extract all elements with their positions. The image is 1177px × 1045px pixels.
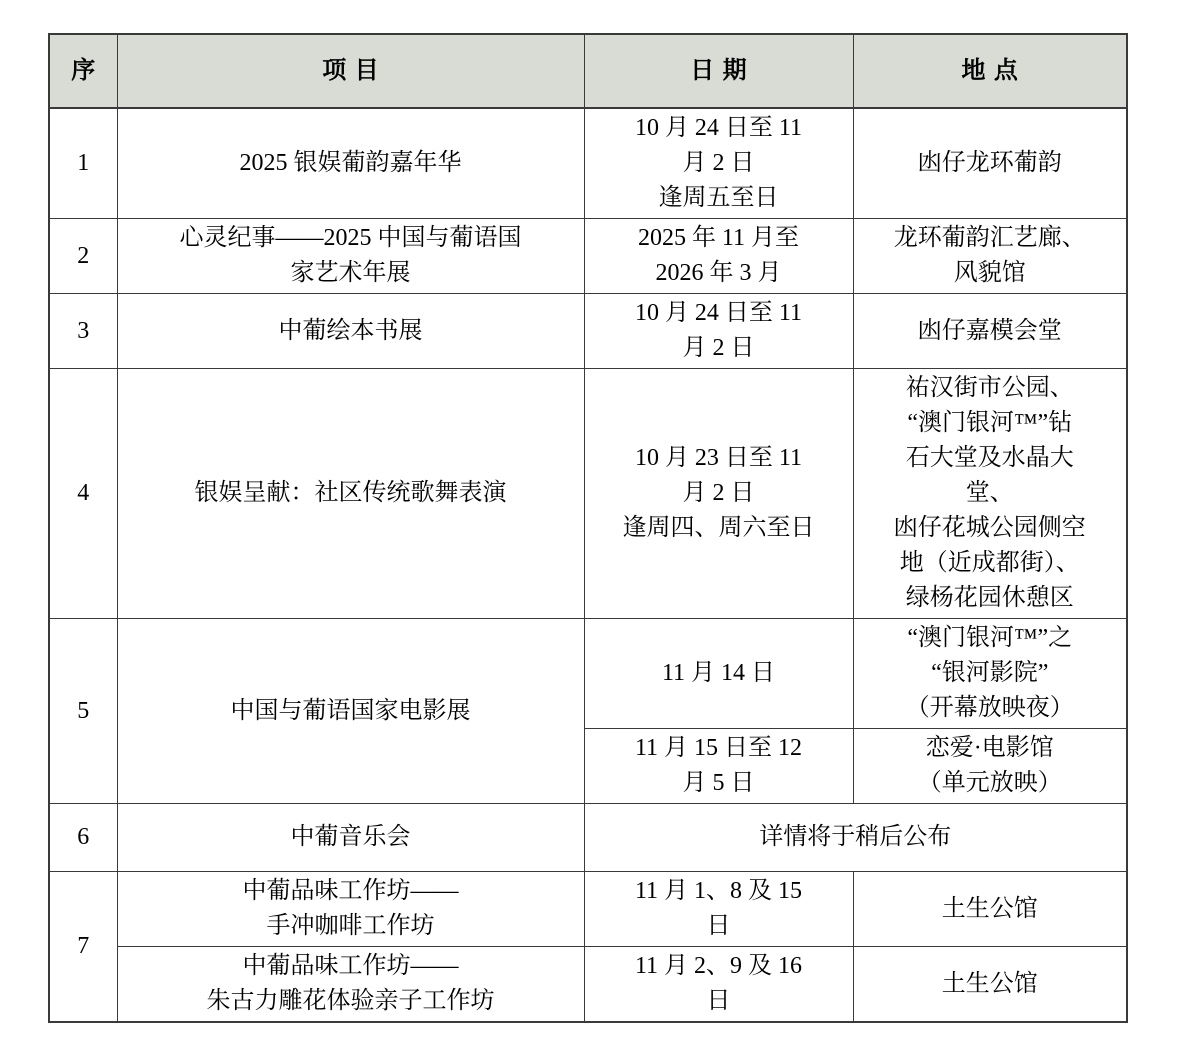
row4-location: 祐汉街市公园、 “澳门银河™”钻 石大堂及水晶大 堂、 凼仔花城公园侧空 地（近… — [853, 369, 1127, 619]
row3-location: 凼仔嘉模会堂 — [853, 294, 1127, 369]
row7-sub2-project: 中葡品味工作坊—— 朱古力雕花体验亲子工作坊 — [117, 947, 584, 1023]
row4-no: 4 — [49, 369, 117, 619]
table-row-7-sub1: 7 中葡品味工作坊—— 手冲咖啡工作坊 11 月 1、8 及 15 日 土生公馆 — [49, 872, 1127, 947]
row5-sub2-date: 11 月 15 日至 12 月 5 日 — [584, 729, 853, 804]
table-row-5-sub1: 5 中国与葡语国家电影展 11 月 14 日 “澳门银河™”之 “银河影院” （… — [49, 619, 1127, 729]
row3-date: 10 月 24 日至 11 月 2 日 — [584, 294, 853, 369]
table-row-4: 4 银娱呈献：社区传统歌舞表演 10 月 23 日至 11 月 2 日 逢周四、… — [49, 369, 1127, 619]
table-row-3: 3 中葡绘本书展 10 月 24 日至 11 月 2 日 凼仔嘉模会堂 — [49, 294, 1127, 369]
col-header-project: 项目 — [117, 34, 584, 108]
col-header-no: 序 — [49, 34, 117, 108]
table-row-1: 1 2025 银娱葡韵嘉年华 10 月 24 日至 11 月 2 日 逢周五至日… — [49, 108, 1127, 219]
row5-sub2-location: 恋爱·电影馆 （单元放映） — [853, 729, 1127, 804]
row7-sub1-date: 11 月 1、8 及 15 日 — [584, 872, 853, 947]
col-header-date: 日期 — [584, 34, 853, 108]
events-table: 序 项目 日期 地点 1 2025 银娱葡韵嘉年华 10 月 24 日至 11 … — [48, 33, 1128, 1023]
row4-date: 10 月 23 日至 11 月 2 日 逢周四、周六至日 — [584, 369, 853, 619]
row2-date: 2025 年 11 月至 2026 年 3 月 — [584, 219, 853, 294]
row3-project: 中葡绘本书展 — [117, 294, 584, 369]
row7-sub2-location: 土生公馆 — [853, 947, 1127, 1023]
row7-sub1-project: 中葡品味工作坊—— 手冲咖啡工作坊 — [117, 872, 584, 947]
row2-no: 2 — [49, 219, 117, 294]
header-row: 序 项目 日期 地点 — [49, 34, 1127, 108]
table-row-7-sub2: 中葡品味工作坊—— 朱古力雕花体验亲子工作坊 11 月 2、9 及 16 日 土… — [49, 947, 1127, 1023]
row5-no: 5 — [49, 619, 117, 804]
table-row-6: 6 中葡音乐会 详情将于稍后公布 — [49, 804, 1127, 872]
row7-no: 7 — [49, 872, 117, 1023]
row1-date: 10 月 24 日至 11 月 2 日 逢周五至日 — [584, 108, 853, 219]
row7-sub1-location: 土生公馆 — [853, 872, 1127, 947]
row6-notice: 详情将于稍后公布 — [584, 804, 1127, 872]
row2-location: 龙环葡韵汇艺廊、 风貌馆 — [853, 219, 1127, 294]
row5-project: 中国与葡语国家电影展 — [117, 619, 584, 804]
row4-project: 银娱呈献：社区传统歌舞表演 — [117, 369, 584, 619]
row2-project: 心灵纪事——2025 中国与葡语国 家艺术年展 — [117, 219, 584, 294]
row6-project: 中葡音乐会 — [117, 804, 584, 872]
col-header-location: 地点 — [853, 34, 1127, 108]
row1-project: 2025 银娱葡韵嘉年华 — [117, 108, 584, 219]
row7-sub2-date: 11 月 2、9 及 16 日 — [584, 947, 853, 1023]
row1-location: 凼仔龙环葡韵 — [853, 108, 1127, 219]
document-page: 序 项目 日期 地点 1 2025 银娱葡韵嘉年华 10 月 24 日至 11 … — [0, 0, 1177, 1045]
row6-no: 6 — [49, 804, 117, 872]
table-row-2: 2 心灵纪事——2025 中国与葡语国 家艺术年展 2025 年 11 月至 2… — [49, 219, 1127, 294]
row5-sub1-date: 11 月 14 日 — [584, 619, 853, 729]
row3-no: 3 — [49, 294, 117, 369]
row5-sub1-location: “澳门银河™”之 “银河影院” （开幕放映夜） — [853, 619, 1127, 729]
row1-no: 1 — [49, 108, 117, 219]
